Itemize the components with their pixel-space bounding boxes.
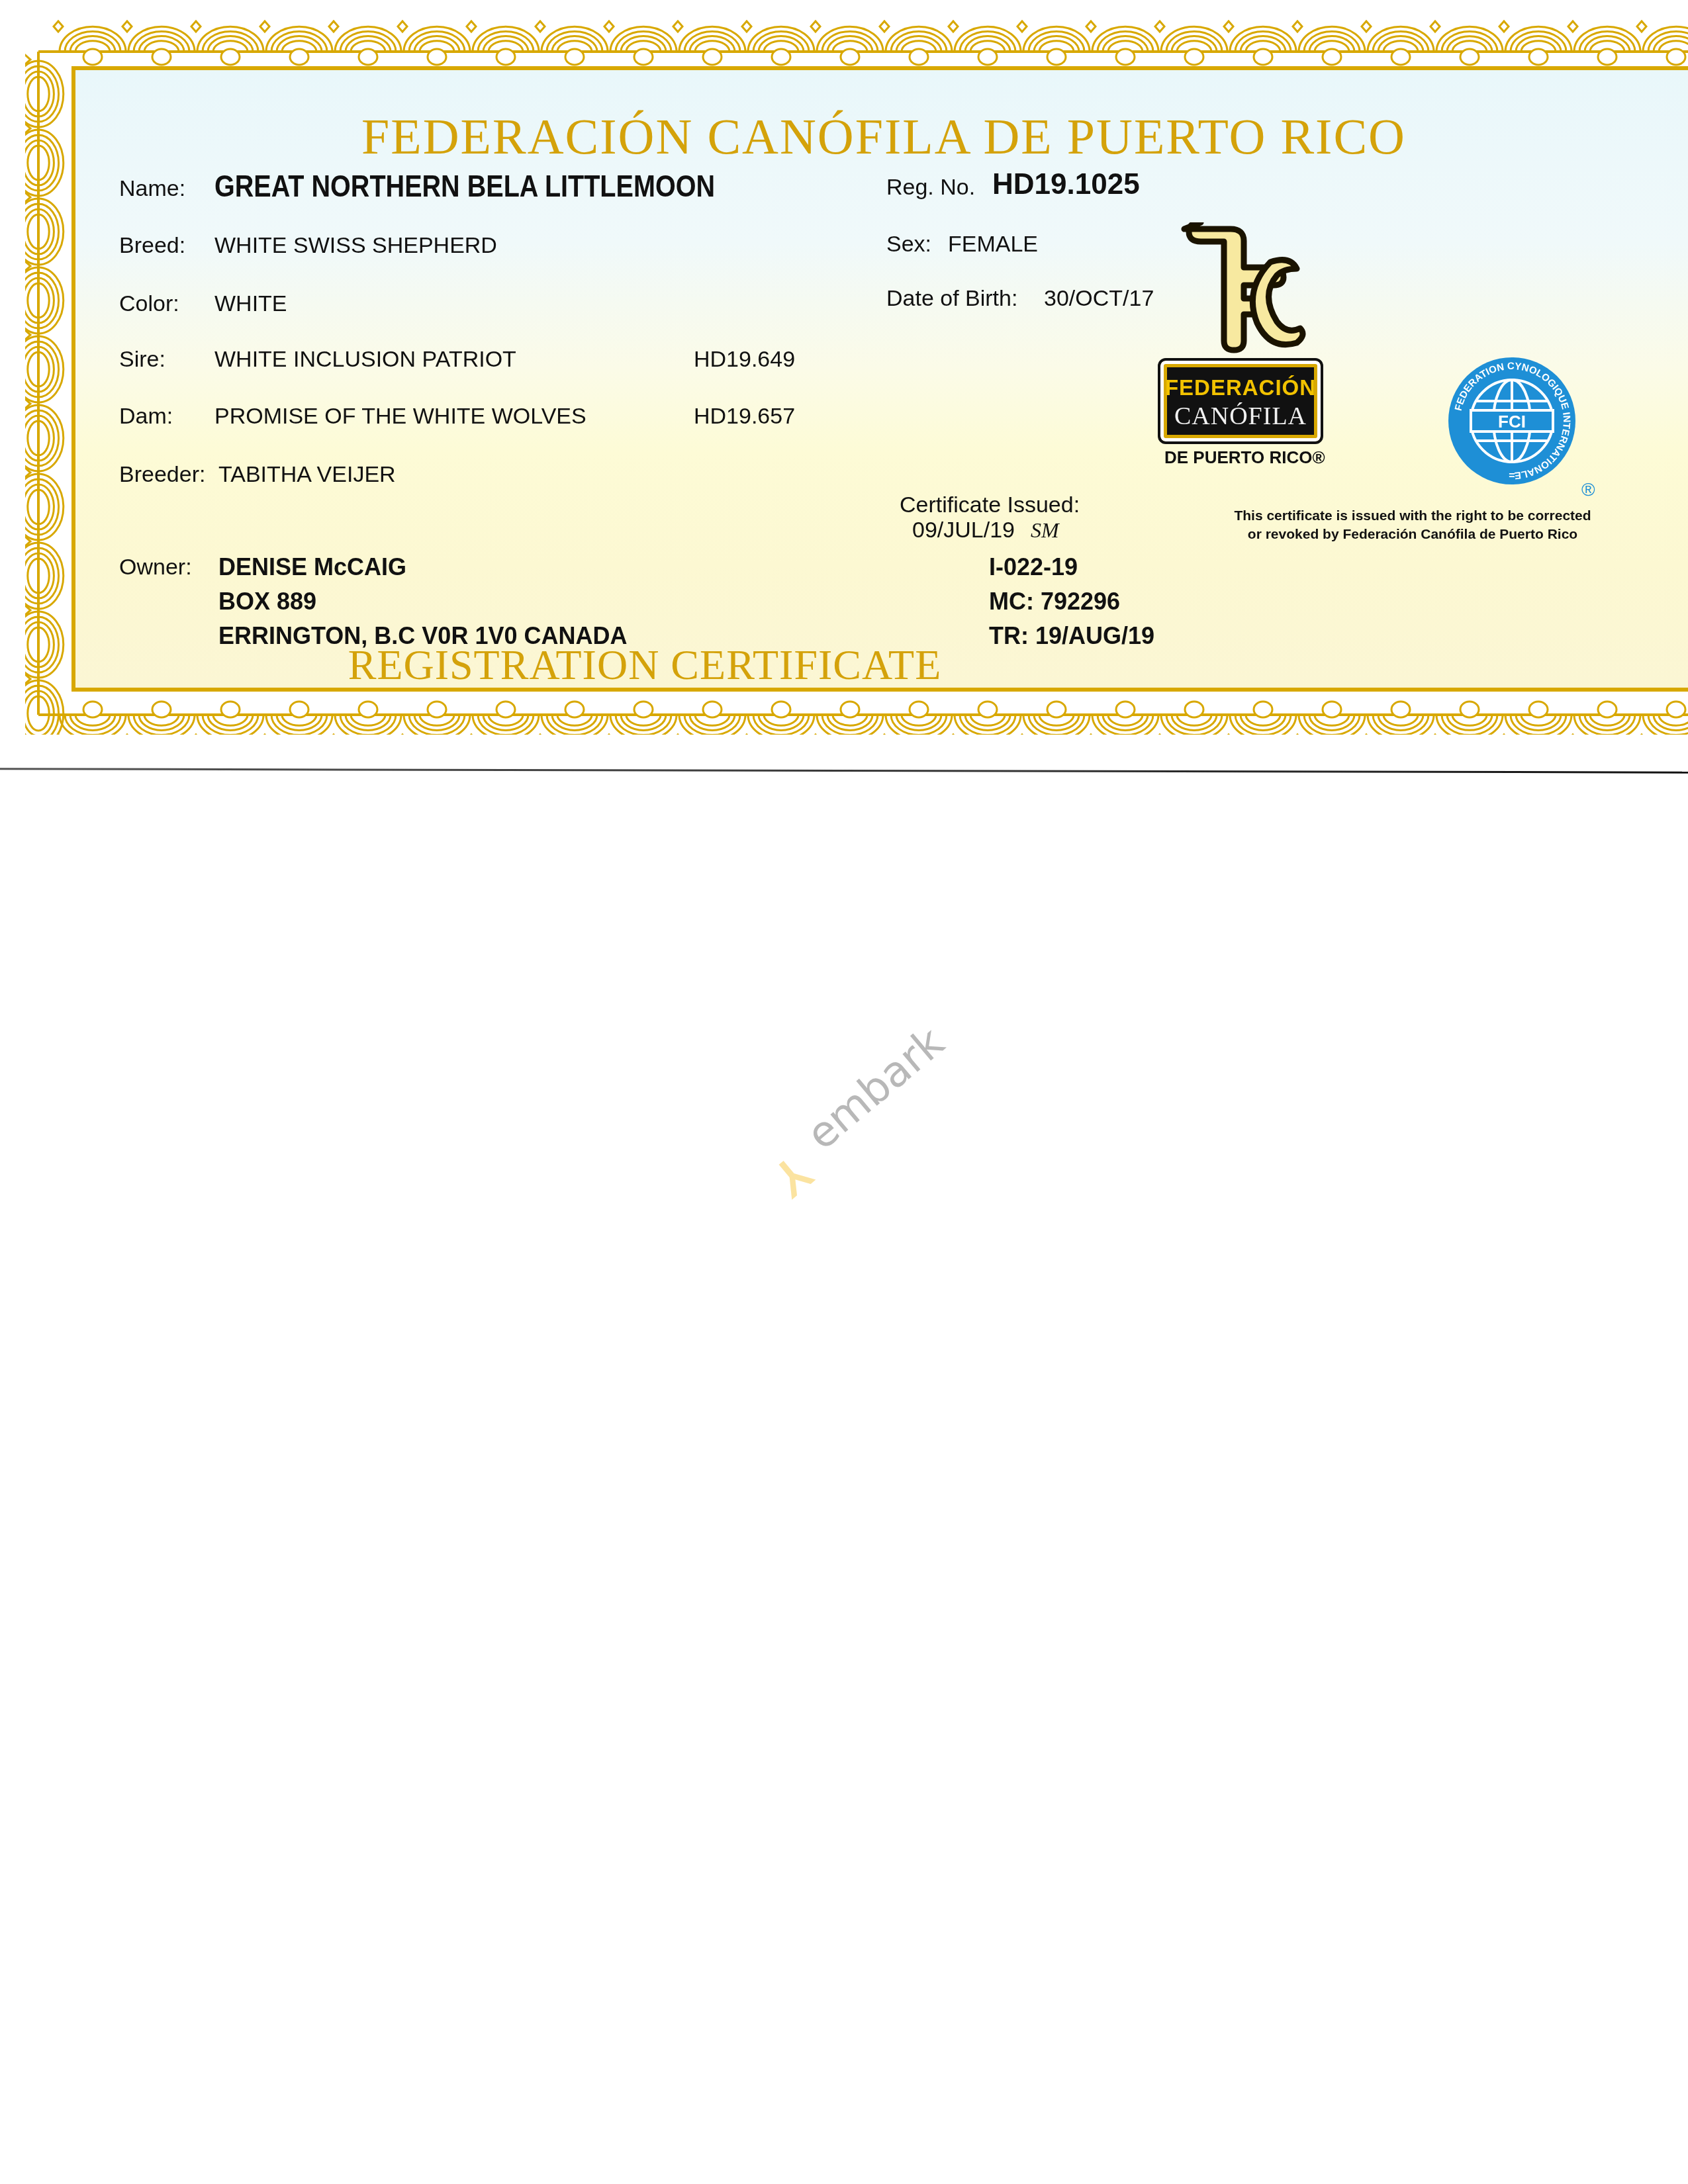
svg-text:=: =	[1509, 471, 1515, 482]
issued-date-text: 09/JUL/19	[912, 518, 1015, 543]
disclaimer: This certificate is issued with the righ…	[1214, 507, 1611, 544]
fcpr-logo: FEDERACIÓN CANÓFILA DE PUERTO RICO®	[1158, 222, 1350, 474]
fci-registered-mark: ®	[1581, 479, 1595, 500]
owner-name: DENISE McCAIG	[218, 553, 406, 581]
certificate-body: FEDERACIÓN CANÓFILA DE PUERTO RICO Name:…	[71, 66, 1688, 692]
embark-watermark: ⅄ embark	[754, 1014, 974, 1222]
fc-monogram-icon	[1158, 222, 1323, 361]
dog-name: GREAT NORTHERN BELA LITTLEMOON	[214, 168, 715, 204]
breed-value: WHITE SWISS SHEPHERD	[214, 233, 497, 259]
disclaimer-line-1: This certificate is issued with the righ…	[1214, 507, 1611, 525]
color-label: Color:	[119, 291, 179, 317]
fci-globe-logo: FCI FEDERATION CYNOLOGIQUE INTERNATIONAL…	[1446, 355, 1578, 487]
name-label: Name:	[119, 176, 185, 202]
federation-title: FEDERACIÓN CANÓFILA DE PUERTO RICO	[75, 109, 1688, 166]
issued-date: 09/JUL/19SM	[912, 518, 1059, 543]
reg-no-label: Reg. No.	[886, 175, 975, 201]
owner-label: Owner:	[119, 555, 192, 580]
fcpr-badge: FEDERACIÓN CANÓFILA	[1158, 358, 1323, 444]
page-divider-line	[0, 768, 1688, 773]
dam-value: PROMISE OF THE WHITE WOLVES	[214, 404, 586, 430]
embark-logo-icon: ⅄	[765, 1147, 821, 1206]
breed-label: Breed:	[119, 233, 185, 259]
dob-label: Date of Birth:	[886, 286, 1017, 312]
breeder-value: TABITHA VEIJER	[218, 462, 396, 488]
color-value: WHITE	[214, 291, 287, 317]
registration-certificate: FEDERACIÓN CANÓFILA DE PUERTO RICO Name:…	[25, 20, 1688, 735]
reg-no-value: HD19.1025	[992, 168, 1140, 201]
sire-value: WHITE INCLUSION PATRIOT	[214, 347, 516, 373]
disclaimer-line-2: or revoked by Federación Canófila de Pue…	[1214, 525, 1611, 544]
sire-reg: HD19.649	[694, 347, 795, 373]
sex-value: FEMALE	[948, 232, 1038, 257]
breeder-label: Breeder:	[119, 462, 205, 488]
registration-certificate-title: REGISTRATION CERTIFICATE	[75, 641, 1214, 690]
owner-box: BOX 889	[218, 588, 316, 615]
dam-reg: HD19.657	[694, 404, 795, 430]
fcpr-line2: CANÓFILA	[1160, 402, 1321, 431]
microchip: MC: 792296	[989, 588, 1120, 615]
fcpr-line1: FEDERACIÓN	[1160, 375, 1321, 400]
dob-value: 30/OCT/17	[1044, 286, 1154, 312]
sire-label: Sire:	[119, 347, 165, 373]
sex-label: Sex:	[886, 232, 931, 257]
svg-text:FCI: FCI	[1498, 412, 1526, 432]
issued-label: Certificate Issued:	[900, 492, 1080, 518]
fcpr-line3: DE PUERTO RICO®	[1164, 447, 1325, 468]
dam-label: Dam:	[119, 404, 173, 430]
issuer-initials: SM	[1031, 518, 1059, 542]
embark-watermark-text: embark	[798, 1018, 953, 1160]
certificate-code: I-022-19	[989, 553, 1078, 581]
